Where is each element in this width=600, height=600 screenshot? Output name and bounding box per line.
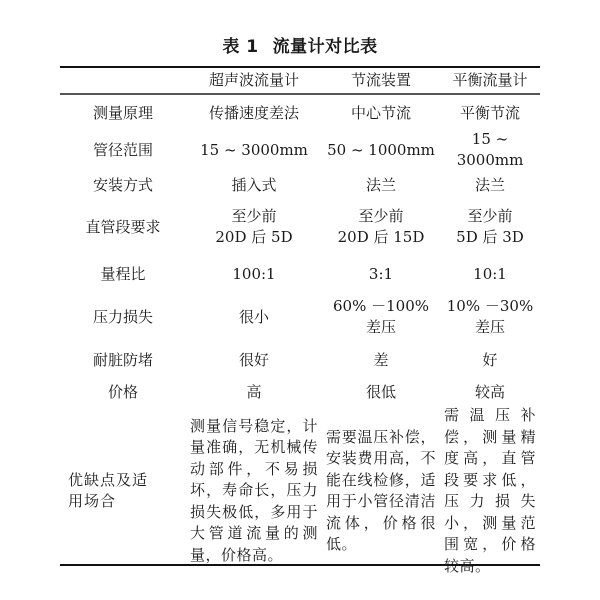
table-row: 管径范围 15 ~ 3000mm 50 ~ 1000mm 15 ~ 3000mm xyxy=(60,129,540,171)
cell-balanced: 需温压补偿，测量精度高，直管段要求低，压力损失小，测量范围宽，价格较高。 xyxy=(440,405,540,583)
cell-balanced: 至少前 5D 后 3D xyxy=(440,199,540,255)
cell-ultrasonic: 很小 xyxy=(186,293,322,341)
row-label: 优缺点及适 用场合 xyxy=(60,405,186,583)
cell-throttling: 中心节流 xyxy=(322,93,440,129)
table-row: 耐脏防堵 很好 差 好 xyxy=(60,341,540,379)
row-label: 量程比 xyxy=(60,255,186,293)
row-label: 耐脏防堵 xyxy=(60,341,186,379)
table-caption: 表 1流量计对比表 xyxy=(0,32,600,57)
cell-balanced: 较高 xyxy=(440,379,540,405)
table-row: 直管段要求 至少前 20D 后 5D 至少前 20D 后 15D 至少前 5D … xyxy=(60,199,540,255)
table-row: 优缺点及适 用场合 测量信号稳定，计量准确，无机械传动部件，不易损坏，寿命长，压… xyxy=(60,405,540,583)
header-blank xyxy=(60,68,186,93)
header-row: 超声波流量计 节流装置 平衡流量计 xyxy=(60,68,540,93)
cell-throttling: 很低 xyxy=(322,379,440,405)
cell-throttling: 法兰 xyxy=(322,171,440,199)
cell-throttling: 50 ~ 1000mm xyxy=(322,129,440,171)
cell-ultrasonic: 测量信号稳定，计量准确，无机械传动部件，不易损坏，寿命长，压力损失极低，多用于大… xyxy=(186,405,322,583)
row-label: 安装方式 xyxy=(60,171,186,199)
cell-balanced: 平衡节流 xyxy=(440,93,540,129)
row-label: 管径范围 xyxy=(60,129,186,171)
cell-ultrasonic: 高 xyxy=(186,379,322,405)
table-row: 安装方式 插入式 法兰 法兰 xyxy=(60,171,540,199)
cell-balanced: 10:1 xyxy=(440,255,540,293)
cell-throttling: 3:1 xyxy=(322,255,440,293)
header-throttling: 节流装置 xyxy=(322,68,440,93)
flowmeter-comparison-table: 超声波流量计 节流装置 平衡流量计 测量原理 传播速度差法 中心节流 平衡节流 … xyxy=(60,68,540,583)
cell-ultrasonic: 传播速度差法 xyxy=(186,93,322,129)
cell-ultrasonic: 100:1 xyxy=(186,255,322,293)
header-ultrasonic: 超声波流量计 xyxy=(186,68,322,93)
cell-ultrasonic: 至少前 20D 后 5D xyxy=(186,199,322,255)
cell-balanced: 15 ~ 3000mm xyxy=(440,129,540,171)
cell-ultrasonic: 15 ~ 3000mm xyxy=(186,129,322,171)
cell-balanced: 法兰 xyxy=(440,171,540,199)
cell-throttling: 至少前 20D 后 15D xyxy=(322,199,440,255)
row-label: 直管段要求 xyxy=(60,199,186,255)
row-label: 价格 xyxy=(60,379,186,405)
header-balanced: 平衡流量计 xyxy=(440,68,540,93)
cell-balanced: 10% －30% 差压 xyxy=(440,293,540,341)
table-row: 价格 高 很低 较高 xyxy=(60,379,540,405)
table-title: 流量计对比表 xyxy=(273,37,378,57)
row-label: 测量原理 xyxy=(60,93,186,129)
cell-balanced: 好 xyxy=(440,341,540,379)
cell-throttling: 差 xyxy=(322,341,440,379)
table-row: 测量原理 传播速度差法 中心节流 平衡节流 xyxy=(60,93,540,129)
table-row: 压力损失 很小 60% －100% 差压 10% －30% 差压 xyxy=(60,293,540,341)
table-row: 量程比 100:1 3:1 10:1 xyxy=(60,255,540,293)
cell-ultrasonic: 很好 xyxy=(186,341,322,379)
table-number: 表 1 xyxy=(222,37,258,57)
cell-throttling: 需要温压补偿，安装费用高，不能在线检修，适用于小管径清洁流体，价格很低。 xyxy=(322,405,440,583)
row-label: 压力损失 xyxy=(60,293,186,341)
cell-throttling: 60% －100% 差压 xyxy=(322,293,440,341)
cell-ultrasonic: 插入式 xyxy=(186,171,322,199)
